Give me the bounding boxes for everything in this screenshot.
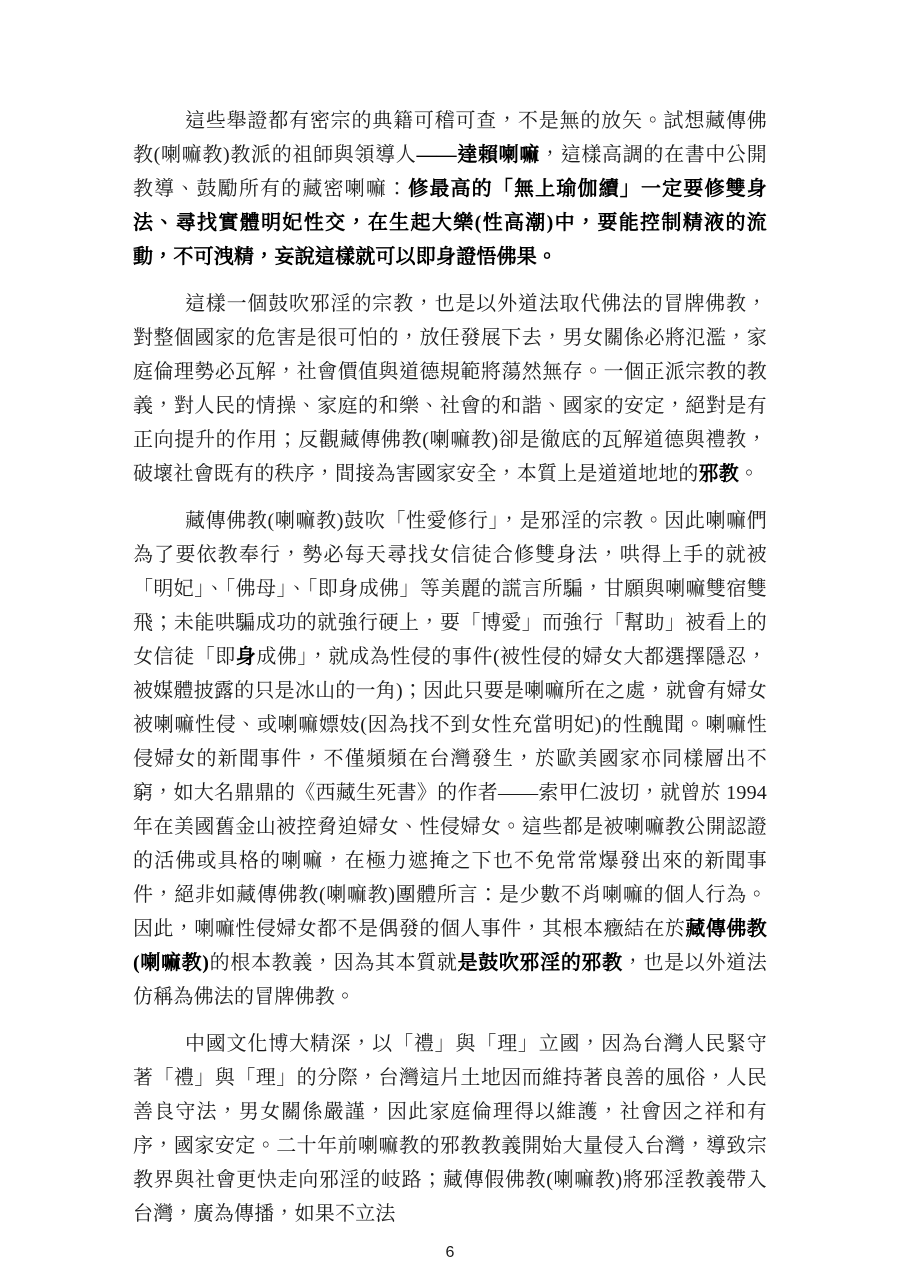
paragraph-4: 中國文化博大精深，以「禮」與「理」立國，因為台灣人民緊守著「禮」與「理」的分際，… [133, 1027, 767, 1231]
document-body: 這些舉證都有密宗的典籍可稽可查，不是無的放矢。試想藏傳佛教(喇嘛教)教派的祖師與… [133, 104, 767, 1231]
page-footer: 6 [133, 1244, 767, 1262]
bold-text-run: 身 [236, 646, 257, 668]
page-number: 6 [446, 1244, 455, 1262]
text-run: 藏傳佛教(喇嘛教)鼓吹「性愛修行」，是邪淫的宗教。因此喇嘛們為了要依教奉行，勢必… [133, 510, 767, 668]
text-run: 的根本教義，因為其本質就 [209, 952, 457, 974]
text-run: 中國文化博大精深，以「禮」與「理」立國，因為台灣人民緊守著「禮」與「理」的分際，… [133, 1033, 767, 1225]
document-page: 這些舉證都有密宗的典籍可稽可查，不是無的放矢。試想藏傳佛教(喇嘛教)教派的祖師與… [0, 0, 900, 1273]
bold-text-run: 是鼓吹邪淫的邪教 [458, 952, 623, 974]
text-run: 這樣一個鼓吹邪淫的宗教，也是以外道法取代佛法的冒牌佛教，對整個國家的危害是很可怕… [133, 293, 767, 485]
text-run: 成佛」，就成為性侵的事件(被性侵的婦女大都選擇隱忍，被媒體披露的只是冰山的一角)… [133, 646, 767, 940]
bold-text-run: 邪教 [699, 463, 739, 485]
paragraph-2: 這樣一個鼓吹邪淫的宗教，也是以外道法取代佛法的冒牌佛教，對整個國家的危害是很可怕… [133, 287, 767, 491]
paragraph-3: 藏傳佛教(喇嘛教)鼓吹「性愛修行」，是邪淫的宗教。因此喇嘛們為了要依教奉行，勢必… [133, 504, 767, 1014]
bold-text-run: ——達賴喇嘛 [416, 144, 540, 166]
text-run: 。 [739, 463, 759, 485]
paragraph-1: 這些舉證都有密宗的典籍可稽可查，不是無的放矢。試想藏傳佛教(喇嘛教)教派的祖師與… [133, 104, 767, 274]
